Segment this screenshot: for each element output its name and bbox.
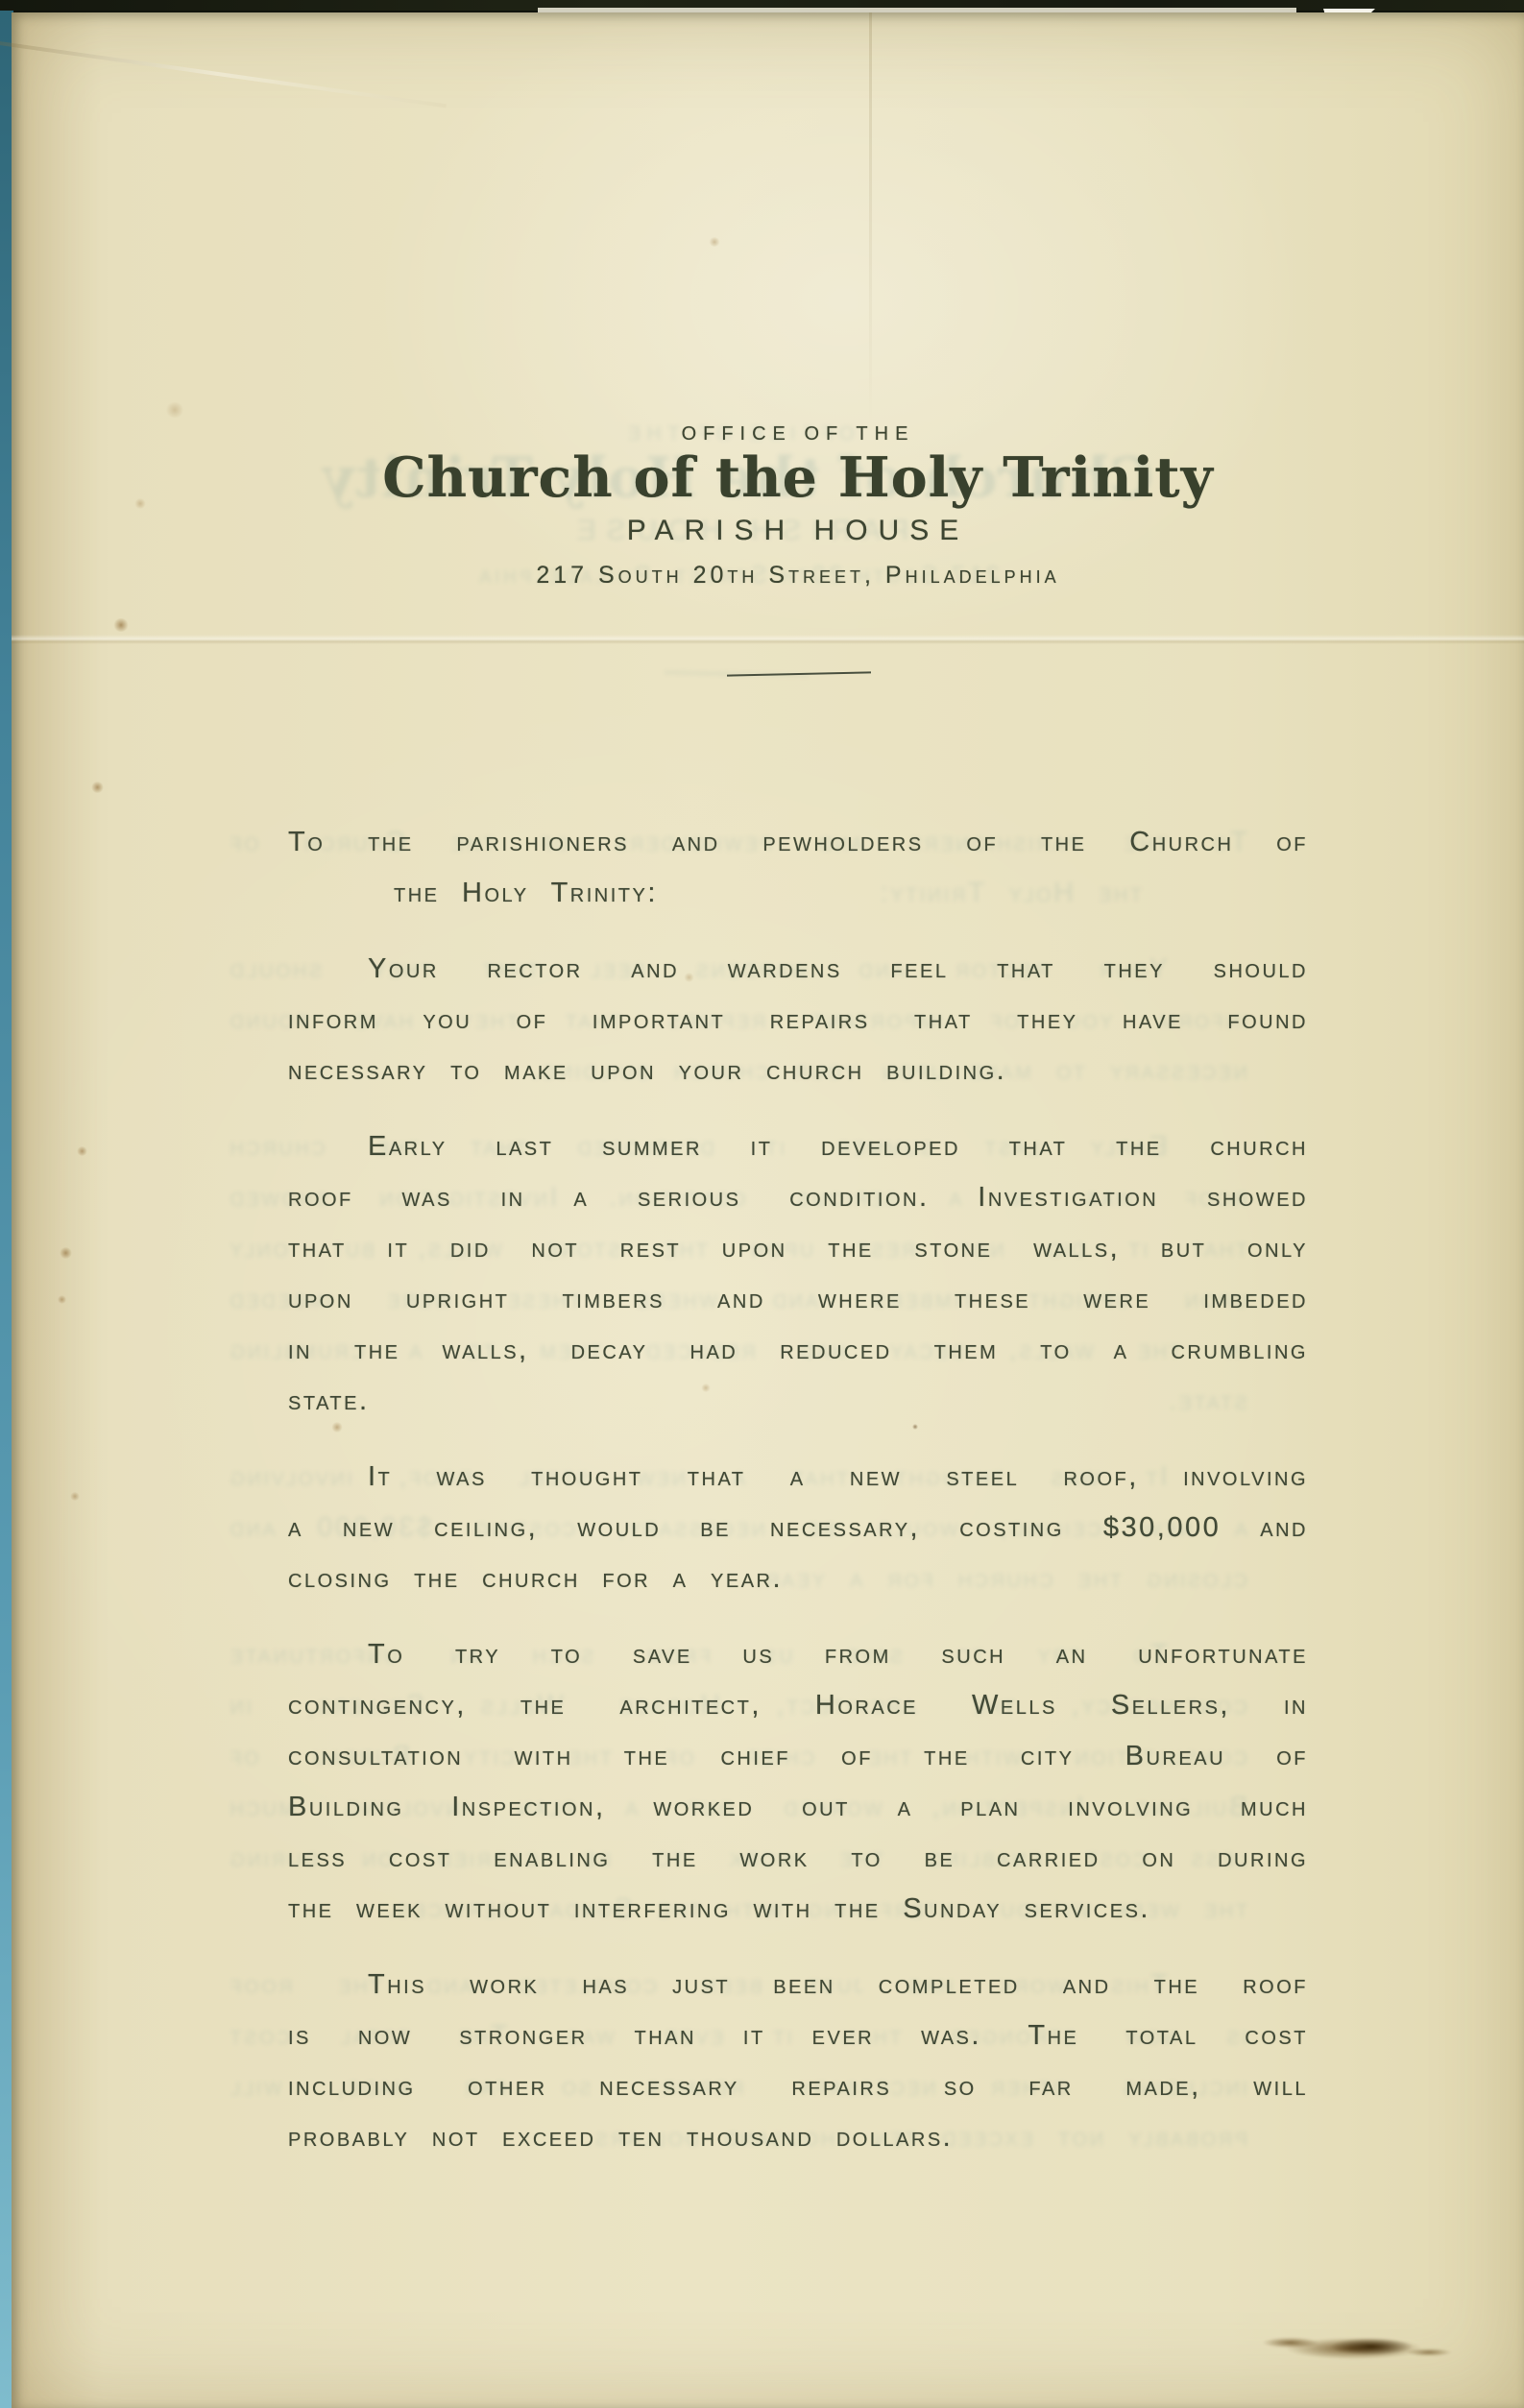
paragraph: Your rector and wardens feel that they s… bbox=[288, 944, 1308, 1096]
letter-line: consultation with the chief of the city … bbox=[288, 1731, 1308, 1782]
letter-line: To try to save us from such an unfortuna… bbox=[288, 1629, 1308, 1680]
letter-body: To the parishioners and pewholders of th… bbox=[288, 817, 1308, 2163]
letter-line: in the walls, decay had reduced them to … bbox=[288, 1325, 1308, 1376]
letter-line: state. bbox=[288, 1376, 1308, 1427]
paragraph: Early last summer it developed that the … bbox=[288, 1121, 1308, 1427]
church-name: Church of the Holy Trinity bbox=[288, 448, 1308, 508]
letter-line: It was thought that a new steel roof, in… bbox=[288, 1452, 1308, 1503]
address-line: 217 South 20th Street, Philadelphia bbox=[288, 562, 1308, 590]
letter-line: contingency, the architect, Horace Wells… bbox=[288, 1680, 1308, 1731]
letter-line: closing the church for a year. bbox=[288, 1553, 1308, 1604]
letter-line: inform you of important repairs that the… bbox=[288, 995, 1308, 1046]
letterhead: OFFICE OF THE Church of the Holy Trinity… bbox=[288, 423, 1308, 590]
letter-line: necessary to make upon your church build… bbox=[288, 1046, 1308, 1096]
letter-line: including other necessary repairs so far… bbox=[288, 2061, 1308, 2112]
document-scan: OFFICE OF THE Church of the Holy Trinity… bbox=[0, 0, 1524, 2408]
letter-line: that it did not rest upon the stone wall… bbox=[288, 1223, 1308, 1274]
letter-line: probably not exceed ten thousand dollars… bbox=[288, 2112, 1308, 2163]
paragraph: To try to save us from such an unfortuna… bbox=[288, 1629, 1308, 1935]
letter-line: upon upright timbers and where these wer… bbox=[288, 1274, 1308, 1325]
paragraph: This work has just been completed and th… bbox=[288, 1960, 1308, 2163]
paragraph: It was thought that a new steel roof, in… bbox=[288, 1452, 1308, 1604]
letter-line: the week without interfering with the Su… bbox=[288, 1884, 1308, 1935]
letter-line: less cost enabling the work to be carrie… bbox=[288, 1833, 1308, 1884]
letter-line: Early last summer it developed that the … bbox=[288, 1121, 1308, 1172]
paper: OFFICE OF THE Church of the Holy Trinity… bbox=[12, 12, 1524, 2408]
letterhead-divider bbox=[727, 671, 871, 676]
letter-line: a new ceiling, would be necessary, costi… bbox=[288, 1503, 1308, 1553]
letter-line: Your rector and wardens feel that they s… bbox=[288, 944, 1308, 995]
salutation-line: To the parishioners and pewholders of th… bbox=[288, 817, 1308, 868]
letter-line: is now stronger than it ever was. The to… bbox=[288, 2011, 1308, 2061]
office-line: OFFICE OF THE bbox=[288, 423, 1308, 445]
salutation-line: the Holy Trinity: bbox=[288, 868, 1308, 919]
parish-house-line: PARISH HOUSE bbox=[288, 515, 1308, 547]
letter-line: roof was in a serious condition. Investi… bbox=[288, 1172, 1308, 1223]
letter-line: Building Inspection, worked out a plan i… bbox=[288, 1782, 1308, 1833]
letter-line: This work has just been completed and th… bbox=[288, 1960, 1308, 2011]
page-content: OFFICE OF THE Church of the Holy Trinity… bbox=[12, 12, 1524, 2408]
